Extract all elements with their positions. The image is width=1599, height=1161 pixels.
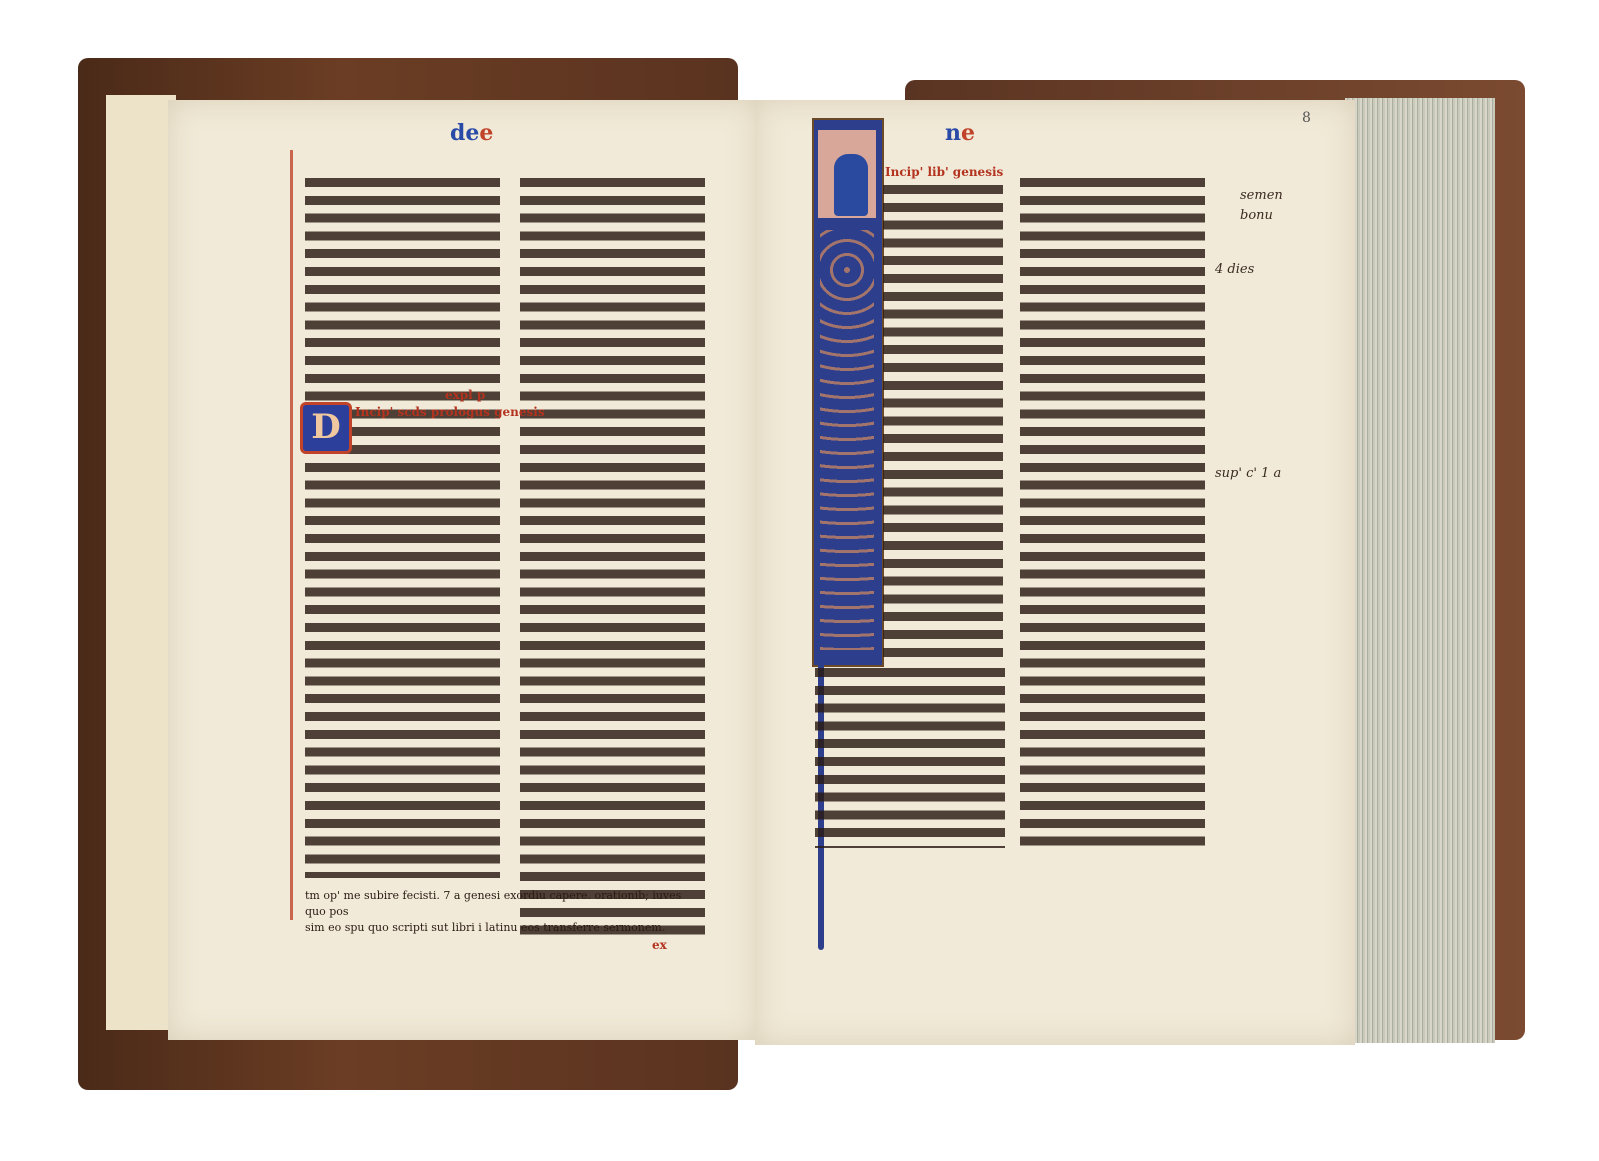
rubric-incipit-genesis: Incip' lib' genesis — [885, 165, 1003, 179]
page-edges — [1345, 98, 1495, 1043]
right-running-head: ne — [945, 120, 975, 146]
rubric-explicit: expl p — [445, 388, 485, 402]
flyleaf — [106, 95, 176, 1030]
illuminated-initial-d: D — [300, 402, 352, 454]
closing-lines: tm op' me subire fecisti. 7 a genesi exo… — [305, 888, 700, 936]
right-text-column-2 — [1020, 178, 1205, 848]
historiated-initial-i — [812, 118, 884, 667]
left-border-flourish — [290, 150, 293, 920]
rubric-prologue: Incip' scds prologus genesis — [355, 405, 545, 419]
left-running-head: dee — [450, 120, 493, 146]
foliate-scrollwork — [820, 230, 874, 650]
folio-number: 8 — [1302, 110, 1311, 126]
catchword: ex — [652, 938, 667, 952]
seated-figure — [834, 154, 868, 216]
right-text-column-1-lower — [815, 668, 1005, 848]
portrait-miniature — [818, 130, 876, 218]
margin-note-2: bonu — [1240, 208, 1273, 223]
right-text-column-1 — [883, 185, 1003, 665]
margin-note-1: semen — [1240, 188, 1283, 203]
left-text-column-1 — [305, 178, 500, 878]
margin-note-4: sup' c' 1 a — [1215, 466, 1281, 481]
margin-note-3: 4 dies — [1215, 262, 1254, 277]
left-text-column-2 — [520, 178, 705, 938]
